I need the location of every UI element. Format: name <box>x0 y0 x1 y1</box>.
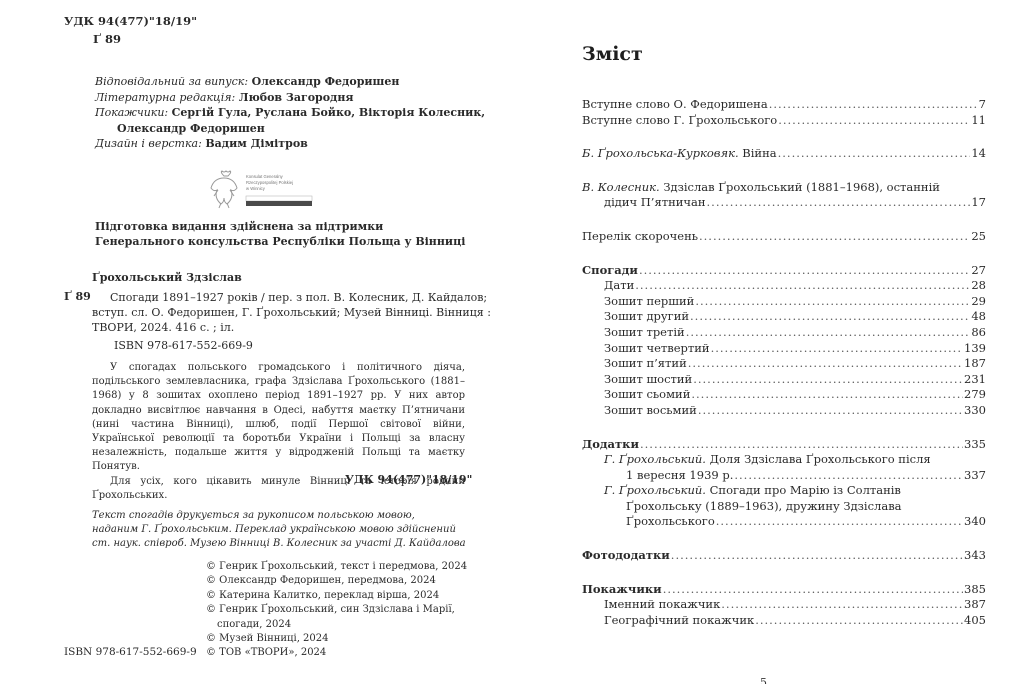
dot-leader <box>721 597 963 613</box>
toc-line: Зошит п’ятий187 <box>604 356 986 372</box>
section-gap <box>582 564 986 582</box>
toc-line: Географічний покажчик405 <box>604 613 986 629</box>
toc-entry[interactable]: Г. Ґрохольський. Доля Здзіслава Ґрохольс… <box>582 452 986 483</box>
catalog-code: Ґ 89 <box>64 290 91 303</box>
toc-entry-title: Додатки <box>582 437 640 453</box>
credit-responsible: Відповідальний за випуск: Олександр Федо… <box>95 74 485 90</box>
toc-page-number: 187 <box>963 356 986 372</box>
toc-entry-title-cont: Ґрохольського <box>626 514 716 530</box>
dot-leader <box>698 403 963 419</box>
toc-page-number: 279 <box>963 387 986 403</box>
section-gap <box>582 530 986 548</box>
dot-leader <box>693 372 963 388</box>
toc-entry-title: В. Колесник. Здзіслав Ґрохольський (1881… <box>582 180 940 194</box>
toc-entry-title-cont: Ґрохольську (1889–1963), дружину Здзісла… <box>604 499 986 515</box>
toc-page-number: 337 <box>963 468 986 484</box>
toc-entry-author: В. Колесник. <box>582 180 663 194</box>
dot-leader <box>769 97 978 113</box>
toc-entry-title: Перелік скорочень <box>582 229 699 245</box>
toc-page-number: 48 <box>970 309 986 325</box>
toc-line: Вступне слово Г. Ґрохольського11 <box>582 113 986 129</box>
toc-entry-title: Г. Ґрохольський. Доля Здзіслава Ґрохольс… <box>604 452 931 466</box>
toc-entry-title: Г. Ґрохольський. Спогади про Марію із Со… <box>604 483 986 499</box>
toc-line: Зошит четвертий139 <box>604 341 986 357</box>
toc-page-number: 335 <box>963 437 986 453</box>
section-gap <box>582 419 986 437</box>
credit-editor: Літературна редакція: Любов Загородня <box>95 90 485 106</box>
toc-entry-title: Зошит восьмий <box>604 403 698 419</box>
toc-entry-title: Зошит п’ятий <box>604 356 688 372</box>
dot-leader <box>707 195 971 211</box>
page-number: 5 <box>760 676 767 684</box>
toc-entry[interactable]: Дати28 <box>582 278 986 294</box>
toc-entry-title: Покажчики <box>582 582 663 598</box>
toc-page-number: 330 <box>963 403 986 419</box>
dot-leader <box>690 309 970 325</box>
toc-page-number: 231 <box>963 372 986 388</box>
toc-entry[interactable]: Г. Ґрохольський. Спогади про Марію із Со… <box>582 483 986 530</box>
toc-entry-title-cont: 1 вересня 1939 р. <box>626 468 734 484</box>
credit-design: Дизайн і верстка: Вадим Дімітров <box>95 136 485 152</box>
toc-entry-title: Іменний покажчик <box>604 597 721 613</box>
catalog-isbn: ISBN 978-617-552-669-9 <box>114 339 253 352</box>
toc-page-number: 340 <box>963 514 986 530</box>
section-gap <box>582 211 986 229</box>
dot-leader <box>695 294 970 310</box>
toc-page-number: 25 <box>970 229 986 245</box>
toc-entry[interactable]: Зошит восьмий330 <box>582 403 986 419</box>
imprint-page: УДК 94(477)"18/19" Ґ 89 Відповідальний з… <box>0 0 512 684</box>
toc-entry[interactable]: Зошит третій86 <box>582 325 986 341</box>
toc-entry-title: Г. Ґрохольський. Спогади про Марію із Со… <box>604 483 901 497</box>
polish-eagle-emblem-icon: Konsulat Generalny Rzeczypospolitej Pols… <box>208 170 318 212</box>
toc-line: Зошит третій86 <box>604 325 986 341</box>
page-title: Зміст <box>582 43 643 65</box>
toc-entry[interactable]: Вступне слово Г. Ґрохольського11 <box>582 113 986 129</box>
udk-code-bottom: УДК 94(477)"18/19" <box>345 473 472 486</box>
toc-entry-title: Г. Ґрохольський. Доля Здзіслава Ґрохольс… <box>604 452 986 468</box>
toc-entry-title: Фотододатки <box>582 548 671 564</box>
toc-entry-title: Географічний покажчик <box>604 613 755 629</box>
dot-leader <box>691 387 963 403</box>
toc-line: Перелік скорочень25 <box>582 229 986 245</box>
contents-page: Зміст Вступне слово О. Федоришена7Вступн… <box>512 0 1024 684</box>
toc-entry[interactable]: Зошит перший29 <box>582 294 986 310</box>
toc-entry[interactable]: Вступне слово О. Федоришена7 <box>582 97 986 113</box>
toc-entry-title: Б. Ґрохольська-Курковяк. Війна <box>582 146 778 162</box>
toc-line: 1 вересня 1939 р.337 <box>604 468 986 484</box>
consulate-logo: Konsulat Generalny Rzeczypospolitej Pols… <box>208 170 318 212</box>
isbn-bottom: ISBN 978-617-552-669-9 <box>64 646 197 658</box>
credit-indexes-cont: Олександр Федоришен <box>95 121 485 137</box>
toc-entry[interactable]: Б. Ґрохольська-Курковяк. Війна14 <box>582 146 986 162</box>
toc-entry-author: Г. Ґрохольський. <box>604 452 710 466</box>
toc-line: дідич П’ятничан17 <box>582 195 986 211</box>
dot-leader <box>716 514 963 530</box>
udk-code: УДК 94(477)"18/19" <box>64 14 197 28</box>
author-code: Ґ 89 <box>93 32 121 46</box>
toc-line: Ґрохольського340 <box>604 514 986 530</box>
toc-entry-title: Зошит четвертий <box>604 341 711 357</box>
toc-entry[interactable]: В. Колесник. Здзіслав Ґрохольський (1881… <box>582 180 986 211</box>
toc-entry[interactable]: Зошит четвертий139 <box>582 341 986 357</box>
dot-leader <box>755 613 963 629</box>
svg-text:w Winnicy: w Winnicy <box>246 186 266 191</box>
toc-entry[interactable]: Спогади27 <box>582 263 986 279</box>
toc-line: Фотододатки343 <box>582 548 986 564</box>
dot-leader <box>778 113 970 129</box>
dot-leader <box>639 263 970 279</box>
credits-block: Відповідальний за випуск: Олександр Федо… <box>95 74 485 152</box>
toc-page-number: 343 <box>963 548 986 564</box>
toc-line: Дати28 <box>604 278 986 294</box>
toc-line: Зошит сьомий279 <box>604 387 986 403</box>
toc-line: Додатки335 <box>582 437 986 453</box>
toc-entry[interactable]: Покажчики385 <box>582 582 986 598</box>
toc-line: Спогади27 <box>582 263 986 279</box>
toc-page-number: 28 <box>970 278 986 294</box>
dot-leader <box>640 437 963 453</box>
toc-entry[interactable]: Фотододатки343 <box>582 548 986 564</box>
toc-page-number: 14 <box>970 146 986 162</box>
dot-leader <box>686 325 971 341</box>
section-gap <box>582 162 986 180</box>
catalog-record: Спогади 1891–1927 років / пер. з пол. В.… <box>92 290 491 335</box>
toc-entry[interactable]: Іменний покажчик387 <box>582 597 986 613</box>
toc-line: Зошит перший29 <box>604 294 986 310</box>
toc-entry[interactable]: Географічний покажчик405 <box>582 613 986 629</box>
toc-entry[interactable]: Зошит сьомий279 <box>582 387 986 403</box>
toc-page-number: 139 <box>963 341 986 357</box>
toc-line: Вступне слово О. Федоришена7 <box>582 97 986 113</box>
credit-indexes: Покажчики: Сергій Гула, Руслана Бойко, В… <box>95 105 485 121</box>
toc-page-number: 405 <box>963 613 986 629</box>
dot-leader <box>663 582 963 598</box>
dot-leader <box>778 146 971 162</box>
toc-line: Зошит восьмий330 <box>604 403 986 419</box>
toc-entry-title: Зошит сьомий <box>604 387 691 403</box>
toc-entry[interactable]: Зошит п’ятий187 <box>582 356 986 372</box>
toc-page-number: 27 <box>970 263 986 279</box>
catalog-author: Ґрохольський Здзіслав <box>92 270 242 285</box>
toc-entry-title: Спогади <box>582 263 639 279</box>
dot-leader <box>688 356 963 372</box>
toc-page-number: 17 <box>970 195 986 211</box>
toc-entry-author: Б. Ґрохольська-Курковяк. <box>582 146 742 160</box>
support-note: Підготовка видання здійснена за підтримк… <box>95 219 465 249</box>
svg-text:Konsulat Generalny: Konsulat Generalny <box>246 174 284 179</box>
toc-page-number: 86 <box>970 325 986 341</box>
dot-leader <box>671 548 963 564</box>
dot-leader <box>699 229 970 245</box>
toc-entry[interactable]: Перелік скорочень25 <box>582 229 986 245</box>
toc-line: Зошит шостий231 <box>604 372 986 388</box>
dot-leader <box>734 468 963 484</box>
toc-line: Покажчики385 <box>582 582 986 598</box>
toc-entry-title: Дати <box>604 278 635 294</box>
toc-page-number: 385 <box>963 582 986 598</box>
toc-line: Зошит другий48 <box>604 309 986 325</box>
toc-entry-title: В. Колесник. Здзіслав Ґрохольський (1881… <box>582 180 986 196</box>
toc-page-number: 29 <box>970 294 986 310</box>
toc-entry-title: Зошит другий <box>604 309 690 325</box>
toc-entry-title: Вступне слово Г. Ґрохольського <box>582 113 778 129</box>
toc-entry[interactable]: Додатки335 <box>582 437 986 453</box>
section-gap <box>582 245 986 263</box>
copyright-list: © Генрик Ґрохольський, текст і передмова… <box>206 560 467 661</box>
toc-entry-title: Зошит перший <box>604 294 695 310</box>
toc-page-number: 387 <box>963 597 986 613</box>
toc-entry[interactable]: Зошит другий48 <box>582 309 986 325</box>
table-of-contents: Вступне слово О. Федоришена7Вступне слов… <box>582 97 986 628</box>
dot-leader <box>711 341 963 357</box>
svg-text:Rzeczypospolitej Polskiej: Rzeczypospolitej Polskiej <box>246 180 293 185</box>
toc-page-number: 11 <box>970 113 986 129</box>
toc-entry-title: Зошит шостий <box>604 372 693 388</box>
toc-entry-title: Зошит третій <box>604 325 686 341</box>
toc-line: Іменний покажчик387 <box>604 597 986 613</box>
dot-leader <box>635 278 970 294</box>
toc-line: Б. Ґрохольська-Курковяк. Війна14 <box>582 146 986 162</box>
toc-entry[interactable]: Зошит шостий231 <box>582 372 986 388</box>
toc-entry-author: Г. Ґрохольський. <box>604 483 710 497</box>
translation-note: Текст спогадів друкується за рукописом п… <box>92 509 466 552</box>
toc-entry-title-cont: дідич П’ятничан <box>604 195 707 211</box>
toc-page-number: 7 <box>978 97 986 113</box>
section-gap <box>582 128 986 146</box>
toc-entry-title: Вступне слово О. Федоришена <box>582 97 769 113</box>
